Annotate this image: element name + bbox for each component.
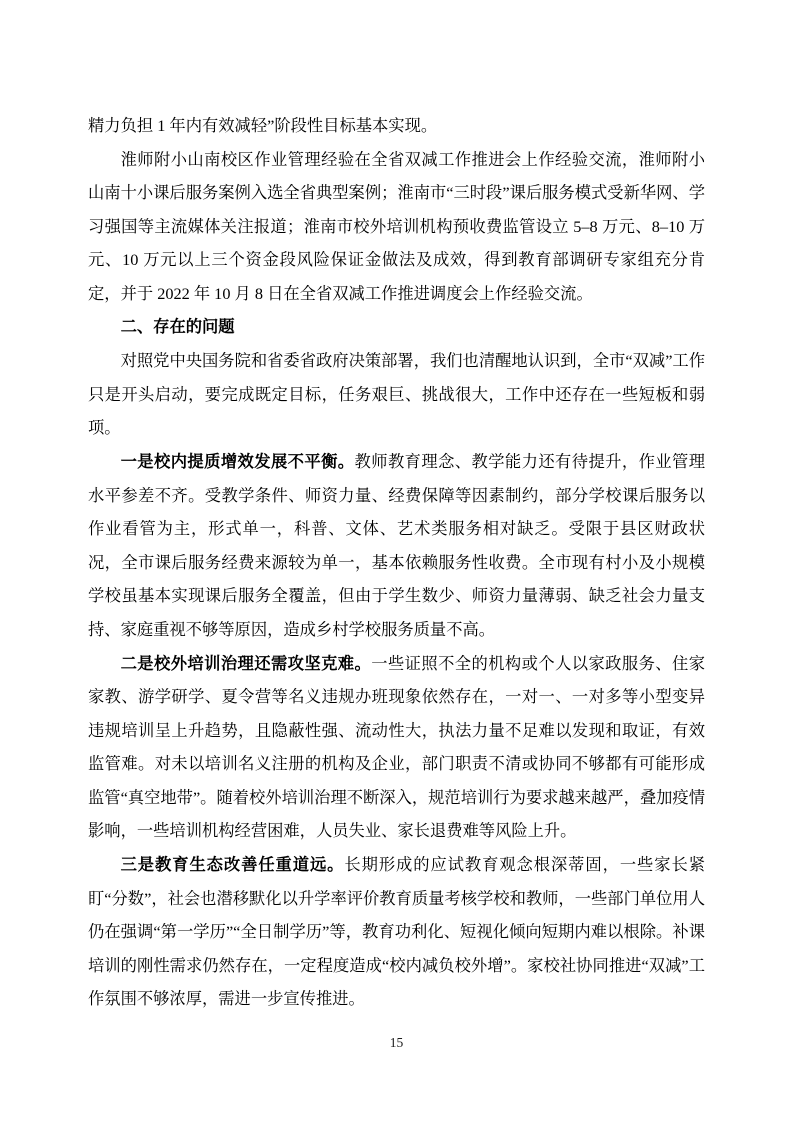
paragraph-item-2: 二是校外培训治理还需攻坚克难。一些证照不全的机构或个人以家政服务、住家家教、游学… xyxy=(88,647,705,849)
item-1-body: 教师教育理念、教学能力还有待提升，作业管理水平参差不齐。受教学条件、师资力量、经… xyxy=(88,452,705,639)
item-3-lead: 三是教育生态改善任重道远。 xyxy=(121,855,345,874)
paragraph-item-3: 三是教育生态改善任重道远。长期形成的应试教育观念根深蒂固，一些家长紧盯“分数”，… xyxy=(88,848,705,1016)
paragraph-item-1: 一是校内提质增效发展不平衡。教师教育理念、教学能力还有待提升，作业管理水平参差不… xyxy=(88,445,705,647)
document-page: 精力负担 1 年内有效减轻”阶段性目标基本实现。 淮师附小山南校区作业管理经验在… xyxy=(0,0,793,1122)
item-2-lead: 二是校外培训治理还需攻坚克难。 xyxy=(121,654,372,673)
paragraph-overview: 对照党中央国务院和省委省政府决策部署，我们也清醒地认识到，全市“双减”工作只是开… xyxy=(88,344,705,445)
paragraph-experience-exchange: 淮师附小山南校区作业管理经验在全省双减工作推进会上作经验交流，淮师附小山南十小课… xyxy=(88,143,705,311)
item-2-body: 一些证照不全的机构或个人以家政服务、住家家教、游学研学、夏令营等名义违规办班现象… xyxy=(88,654,705,841)
page-number: 15 xyxy=(0,1033,793,1053)
item-3-body: 长期形成的应试教育观念根深蒂固，一些家长紧盯“分数”，社会也潜移默化以升学率评价… xyxy=(88,855,705,1008)
item-1-lead: 一是校内提质增效发展不平衡。 xyxy=(121,452,355,471)
paragraph-continuation: 精力负担 1 年内有效减轻”阶段性目标基本实现。 xyxy=(88,109,705,143)
page-body-text: 精力负担 1 年内有效减轻”阶段性目标基本实现。 淮师附小山南校区作业管理经验在… xyxy=(88,109,705,1016)
section-heading-problems: 二、存在的问题 xyxy=(88,311,705,345)
